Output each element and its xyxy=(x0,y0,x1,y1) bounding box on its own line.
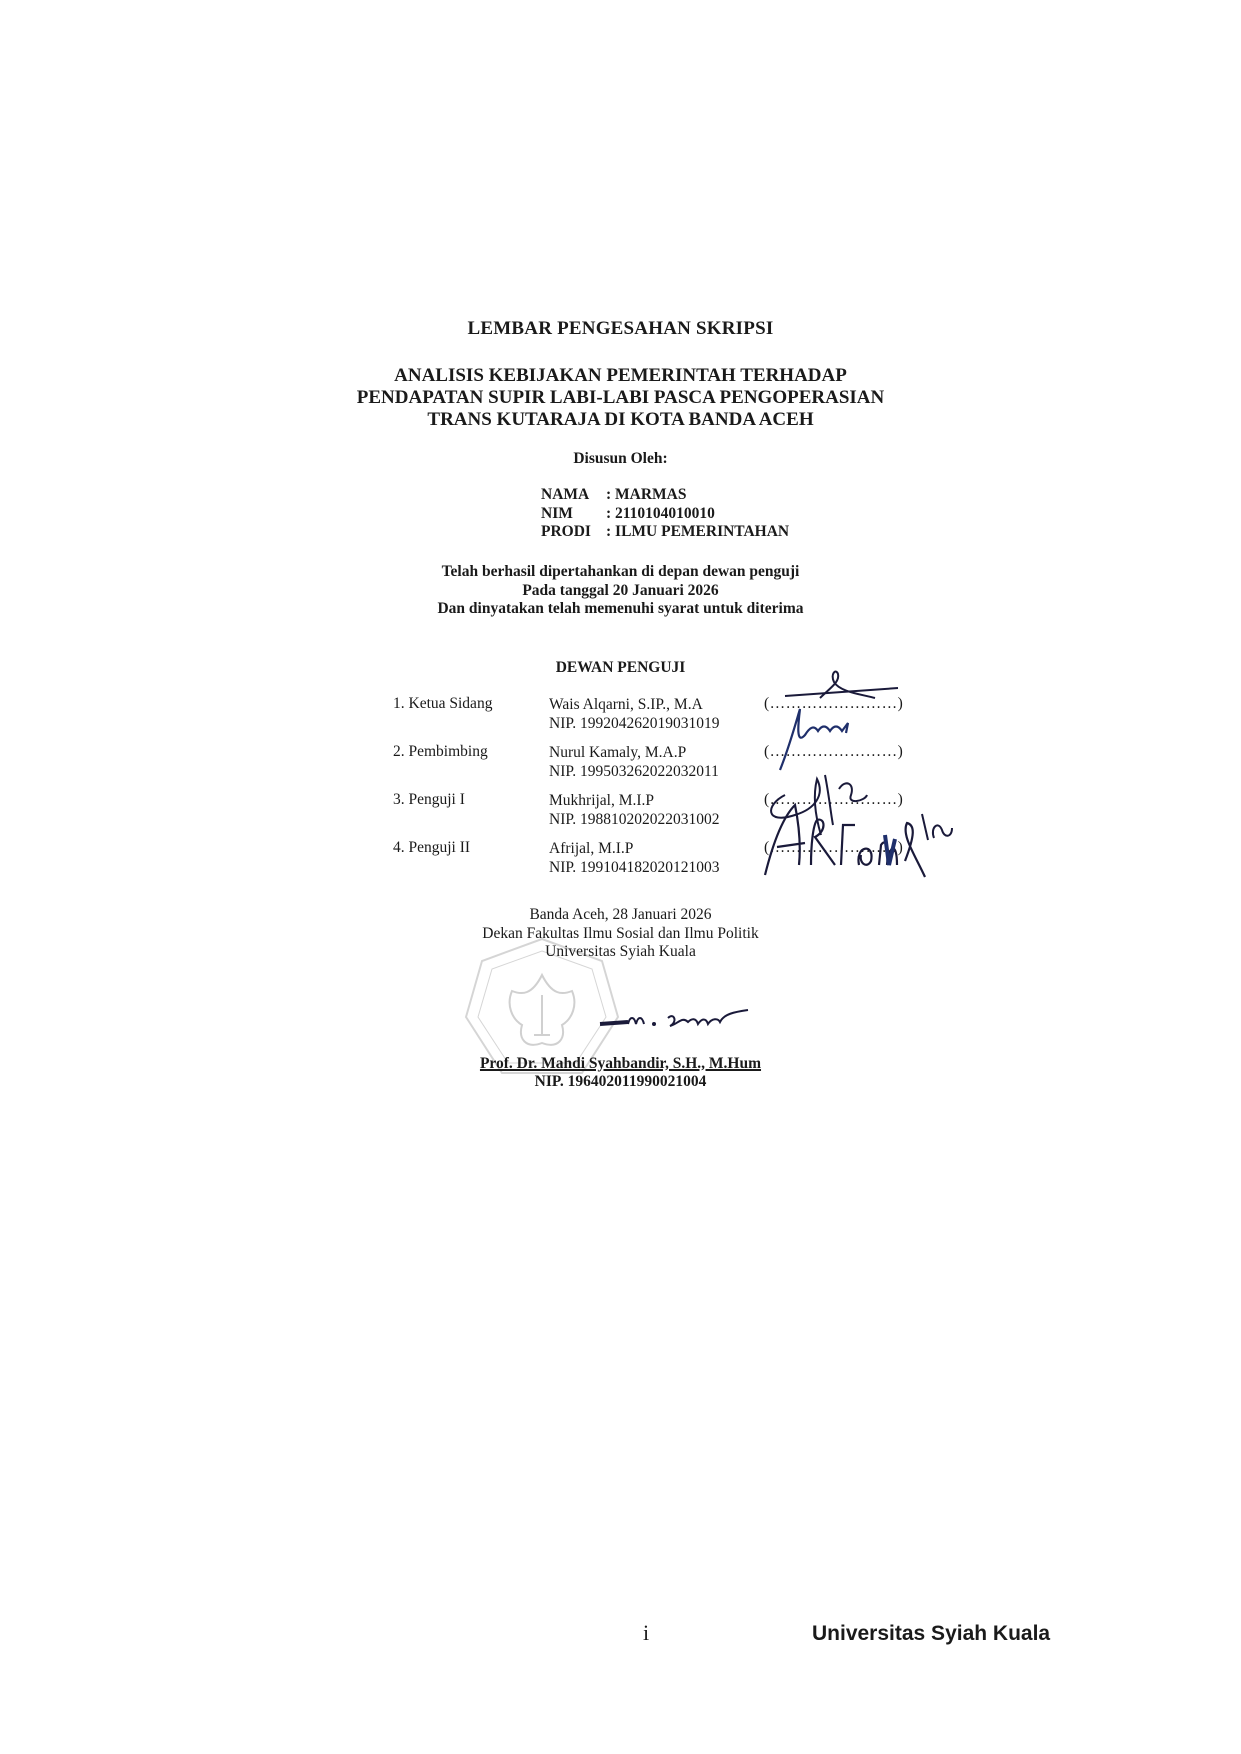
examiner-name: Wais Alqarni, S.IP., M.A xyxy=(549,695,720,714)
signature-icon xyxy=(755,765,935,880)
author-label: Disusun Oleh: xyxy=(0,450,1241,468)
name-label: NAMA xyxy=(541,486,606,505)
examiner-details: Afrijal, M.I.P NIP. 199104182020121003 xyxy=(549,839,720,877)
approval-block: Banda Aceh, 28 Januari 2026 Dekan Fakult… xyxy=(0,906,1241,962)
committee-heading: DEWAN PENGUJI xyxy=(0,659,1241,677)
examiner-name: Nurul Kamaly, M.A.P xyxy=(549,743,719,762)
thesis-title-line: PENDAPATAN SUPIR LABI-LABI PASCA PENGOPE… xyxy=(0,387,1241,409)
examiner-role: 2. Pembimbing xyxy=(393,743,488,761)
signature-icon xyxy=(598,1000,758,1036)
examiner-nip: NIP. 199104182020121003 xyxy=(549,858,720,877)
signature-icon xyxy=(918,808,958,848)
examiner-details: Wais Alqarni, S.IP., M.A NIP. 1992042620… xyxy=(549,695,720,733)
examiner-nip: NIP. 199503262022032011 xyxy=(549,762,719,781)
student-info: NAMA : MARMAS NIM : 2110104010010 PRODI … xyxy=(541,486,789,542)
footer-institution: Universitas Syiah Kuala xyxy=(812,1622,1050,1646)
examiner-details: Nurul Kamaly, M.A.P NIP. 199503262022032… xyxy=(549,743,719,781)
examiner-role: 4. Penguji II xyxy=(393,839,470,857)
dean-nip: NIP. 196402011990021004 xyxy=(0,1073,1241,1091)
defense-statement: Telah berhasil dipertahankan di depan de… xyxy=(0,563,1241,619)
page-number: i xyxy=(643,1620,649,1646)
examiner-name: Mukhrijal, M.I.P xyxy=(549,791,720,810)
institution-name: Universitas Syiah Kuala xyxy=(0,943,1241,962)
defense-line: Telah berhasil dipertahankan di depan de… xyxy=(0,563,1241,582)
dean-block: Prof. Dr. Mahdi Syahbandir, S.H., M.Hum … xyxy=(0,1055,1241,1091)
examiner-name: Afrijal, M.I.P xyxy=(549,839,720,858)
thesis-title-line: ANALISIS KEBIJAKAN PEMERINTAH TERHADAP xyxy=(0,365,1241,387)
defense-line: Dan dinyatakan telah memenuhi syarat unt… xyxy=(0,600,1241,619)
examiner-nip: NIP. 199204262019031019 xyxy=(549,714,720,733)
examiner-role: 1. Ketua Sidang xyxy=(393,695,492,713)
nim-label: NIM xyxy=(541,505,606,524)
signature-icon xyxy=(760,668,910,708)
prodi-label: PRODI xyxy=(541,523,606,542)
prodi-value: : ILMU PEMERINTAHAN xyxy=(606,523,789,542)
dean-name: Prof. Dr. Mahdi Syahbandir, S.H., M.Hum xyxy=(0,1055,1241,1073)
dean-position: Dekan Fakultas Ilmu Sosial dan Ilmu Poli… xyxy=(0,925,1241,944)
thesis-title-line: TRANS KUTARAJA DI KOTA BANDA ACEH xyxy=(0,409,1241,431)
page-heading: LEMBAR PENGESAHAN SKRIPSI xyxy=(0,318,1241,340)
defense-line: Pada tanggal 20 Januari 2026 xyxy=(0,582,1241,601)
examiner-details: Mukhrijal, M.I.P NIP. 198810202022031002 xyxy=(549,791,720,829)
place-date: Banda Aceh, 28 Januari 2026 xyxy=(0,906,1241,925)
examiner-role: 3. Penguji I xyxy=(393,791,465,809)
student-name-row: NAMA : MARMAS xyxy=(541,486,789,505)
thesis-title: ANALISIS KEBIJAKAN PEMERINTAH TERHADAP P… xyxy=(0,365,1241,431)
examiner-nip: NIP. 198810202022031002 xyxy=(549,810,720,829)
approval-page: LEMBAR PENGESAHAN SKRIPSI ANALISIS KEBIJ… xyxy=(0,0,1241,1754)
student-prodi-row: PRODI : ILMU PEMERINTAHAN xyxy=(541,523,789,542)
nim-value: : 2110104010010 xyxy=(606,505,715,524)
student-nim-row: NIM : 2110104010010 xyxy=(541,505,789,524)
name-value: : MARMAS xyxy=(606,486,687,505)
